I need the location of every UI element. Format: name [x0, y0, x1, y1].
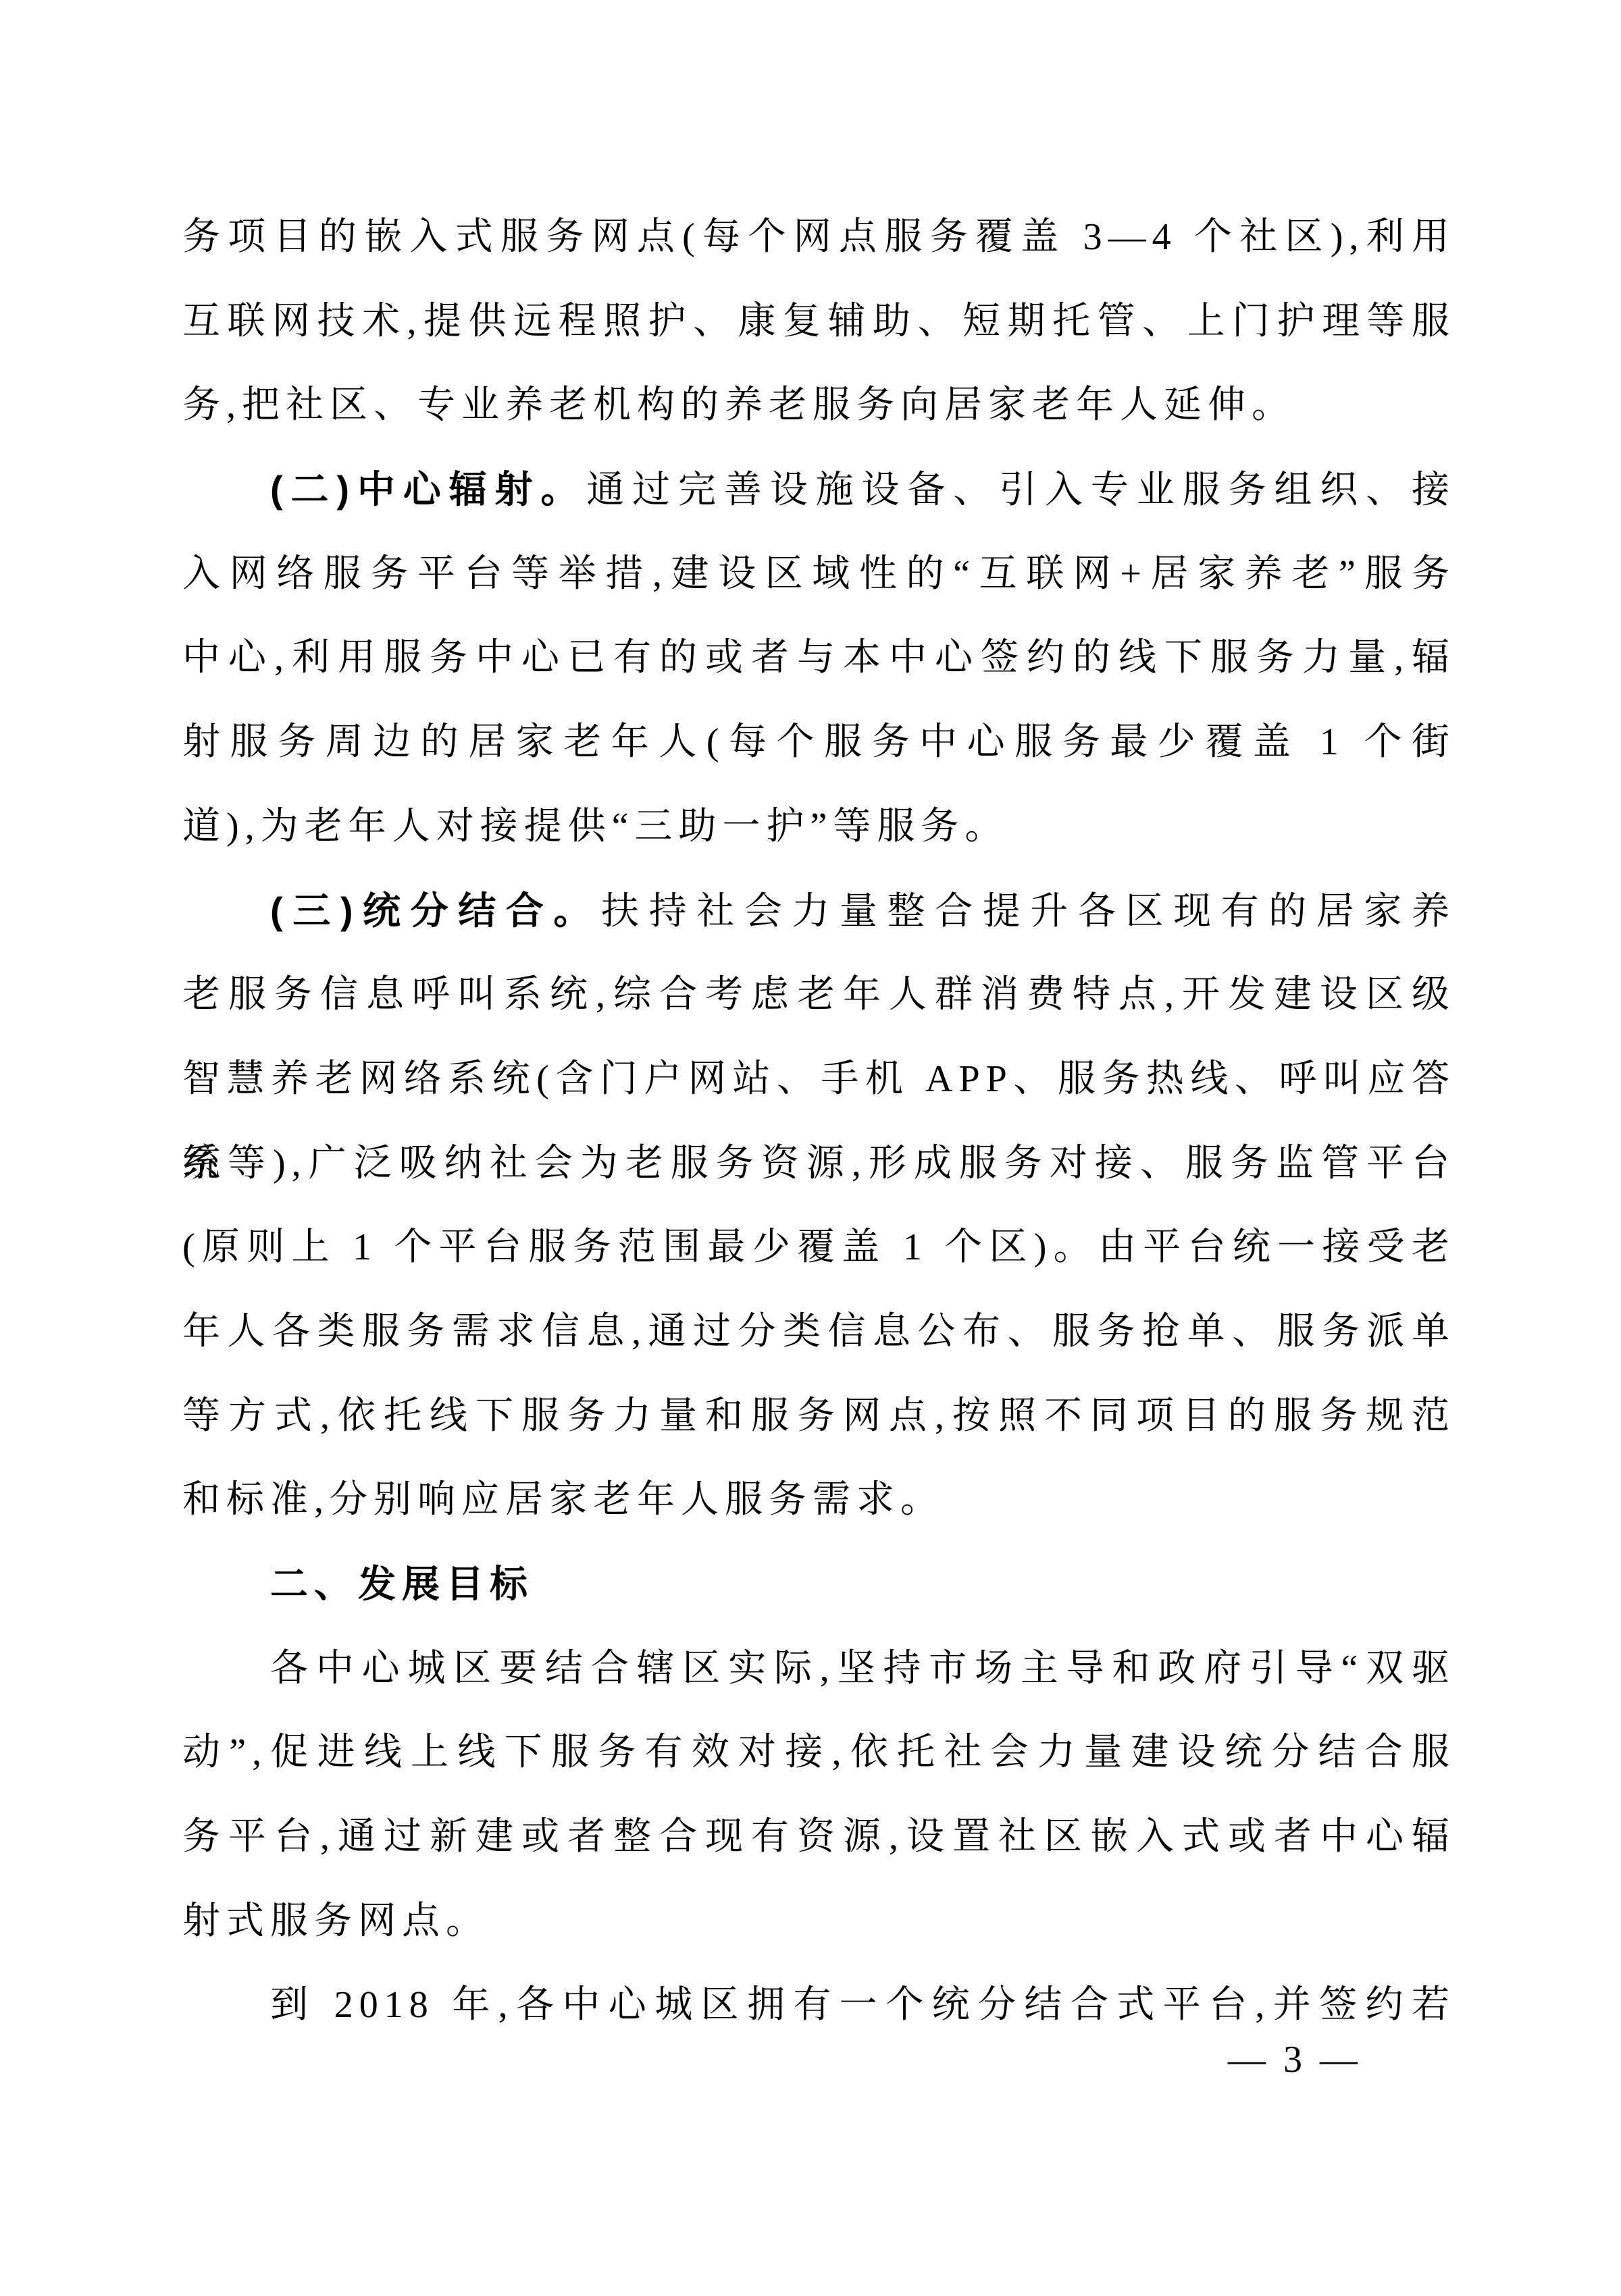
text-line: 务项目的嵌入式服务网点(每个网点服务覆盖 3—4 个社区),利用	[182, 195, 1456, 280]
text-line: 入网络服务平台等举措,建设区域性的“互联网+居家养老”服务	[182, 532, 1456, 617]
text-line: 射服务周边的居家老年人(每个服务中心服务最少覆盖 1 个街	[182, 700, 1456, 785]
body-text: 统等),广泛吸纳社会为老服务资源,形成服务对接、服务监管平台	[182, 1143, 1456, 1184]
text-line: (原则上 1 个平台服务范围最少覆盖 1 个区)。由平台统一接受老	[182, 1205, 1456, 1290]
body-text: 等方式,依托线下服务力量和服务网点,按照不同项目的服务规范	[182, 1395, 1456, 1437]
text-line: 年人各类服务需求信息,通过分类信息公布、服务抢单、服务派单	[182, 1290, 1456, 1374]
body-text: (原则上 1 个平台服务范围最少覆盖 1 个区)。由平台统一接受老	[182, 1226, 1456, 1268]
body-text: 通过完善设施设备、引入专业服务组织、接	[586, 469, 1456, 511]
text-line: 互联网技术,提供远程照护、康复辅助、短期托管、上门护理等服	[182, 280, 1456, 364]
text-line: (二)中心辐射。通过完善设施设备、引入专业服务组织、接	[182, 448, 1456, 532]
body-text: 和标准,分别响应居家老年人服务需求。	[182, 1479, 944, 1521]
text-line: 统等),广泛吸纳社会为老服务资源,形成服务对接、服务监管平台	[182, 1122, 1456, 1206]
text-line: 动”,促进线上线下服务有效对接,依托社会力量建设统分结合服	[182, 1711, 1456, 1795]
text-line: 和标准,分别响应居家老年人服务需求。	[182, 1458, 1456, 1542]
document-page: 务项目的嵌入式服务网点(每个网点服务覆盖 3—4 个社区),利用互联网技术,提供…	[0, 0, 1621, 2296]
body-text: 务,把社区、专业养老机构的养老服务向居家老年人延伸。	[182, 384, 1295, 426]
body-text: 年人各类服务需求信息,通过分类信息公布、服务抢单、服务派单	[182, 1311, 1456, 1353]
text-line: 道),为老年人对接提供“三助一护”等服务。	[182, 785, 1456, 869]
body-text: 射式服务网点。	[182, 1900, 490, 1942]
body-text: 道),为老年人对接提供“三助一护”等服务。	[182, 806, 1008, 847]
body-text: 射服务周边的居家老年人(每个服务中心服务最少覆盖 1 个街	[182, 721, 1456, 763]
body-text: 务项目的嵌入式服务网点(每个网点服务覆盖 3—4 个社区),利用	[182, 216, 1456, 258]
text-line: 等方式,依托线下服务力量和服务网点,按照不同项目的服务规范	[182, 1374, 1456, 1459]
body-text: 互联网技术,提供远程照护、康复辅助、短期托管、上门护理等服	[182, 301, 1456, 342]
heading-text: (二)中心辐射。	[270, 468, 586, 511]
heading-text: (三)统分结合。	[270, 889, 601, 932]
text-line: 智慧养老网络系统(含门户网站、手机 APP、服务热线、呼叫应答系	[182, 1037, 1456, 1122]
text-line: 中心,利用服务中心已有的或者与本中心签约的线下服务力量,辐	[182, 616, 1456, 700]
body-text: 各中心城区要结合辖区实际,坚持市场主导和政府引导“双驱	[270, 1648, 1456, 1690]
body-text: 务平台,通过新建或者整合现有资源,设置社区嵌入式或者中心辐	[182, 1816, 1456, 1858]
body-text: 扶持社会力量整合提升各区现有的居家养	[601, 891, 1456, 933]
body-text: 动”,促进线上线下服务有效对接,依托社会力量建设统分结合服	[182, 1731, 1456, 1773]
body-text: 入网络服务平台等举措,建设区域性的“互联网+居家养老”服务	[182, 553, 1456, 595]
body-text: 到 2018 年,各中心城区拥有一个统分结合式平台,并签约若	[270, 1984, 1456, 2026]
body-text: 老服务信息呼叫系统,综合考虑老年人群消费特点,开发建设区级	[182, 974, 1456, 1016]
text-line: 老服务信息呼叫系统,综合考虑老年人群消费特点,开发建设区级	[182, 953, 1456, 1037]
body-text: 中心,利用服务中心已有的或者与本中心签约的线下服务力量,辐	[182, 637, 1456, 679]
heading-text: 二、发展目标	[270, 1563, 534, 1605]
text-line: 各中心城区要结合辖区实际,坚持市场主导和政府引导“双驱	[182, 1627, 1456, 1711]
text-line: 务,把社区、专业养老机构的养老服务向居家老年人延伸。	[182, 363, 1456, 448]
document-body: 务项目的嵌入式服务网点(每个网点服务覆盖 3—4 个社区),利用互联网技术,提供…	[182, 195, 1456, 2047]
text-line: 射式服务网点。	[182, 1879, 1456, 1964]
page-number: — 3 —	[1228, 2038, 1362, 2081]
text-line: 务平台,通过新建或者整合现有资源,设置社区嵌入式或者中心辐	[182, 1795, 1456, 1879]
text-line: 二、发展目标	[182, 1542, 1456, 1627]
text-line: 到 2018 年,各中心城区拥有一个统分结合式平台,并签约若	[182, 1963, 1456, 2047]
text-line: (三)统分结合。扶持社会力量整合提升各区现有的居家养	[182, 869, 1456, 954]
